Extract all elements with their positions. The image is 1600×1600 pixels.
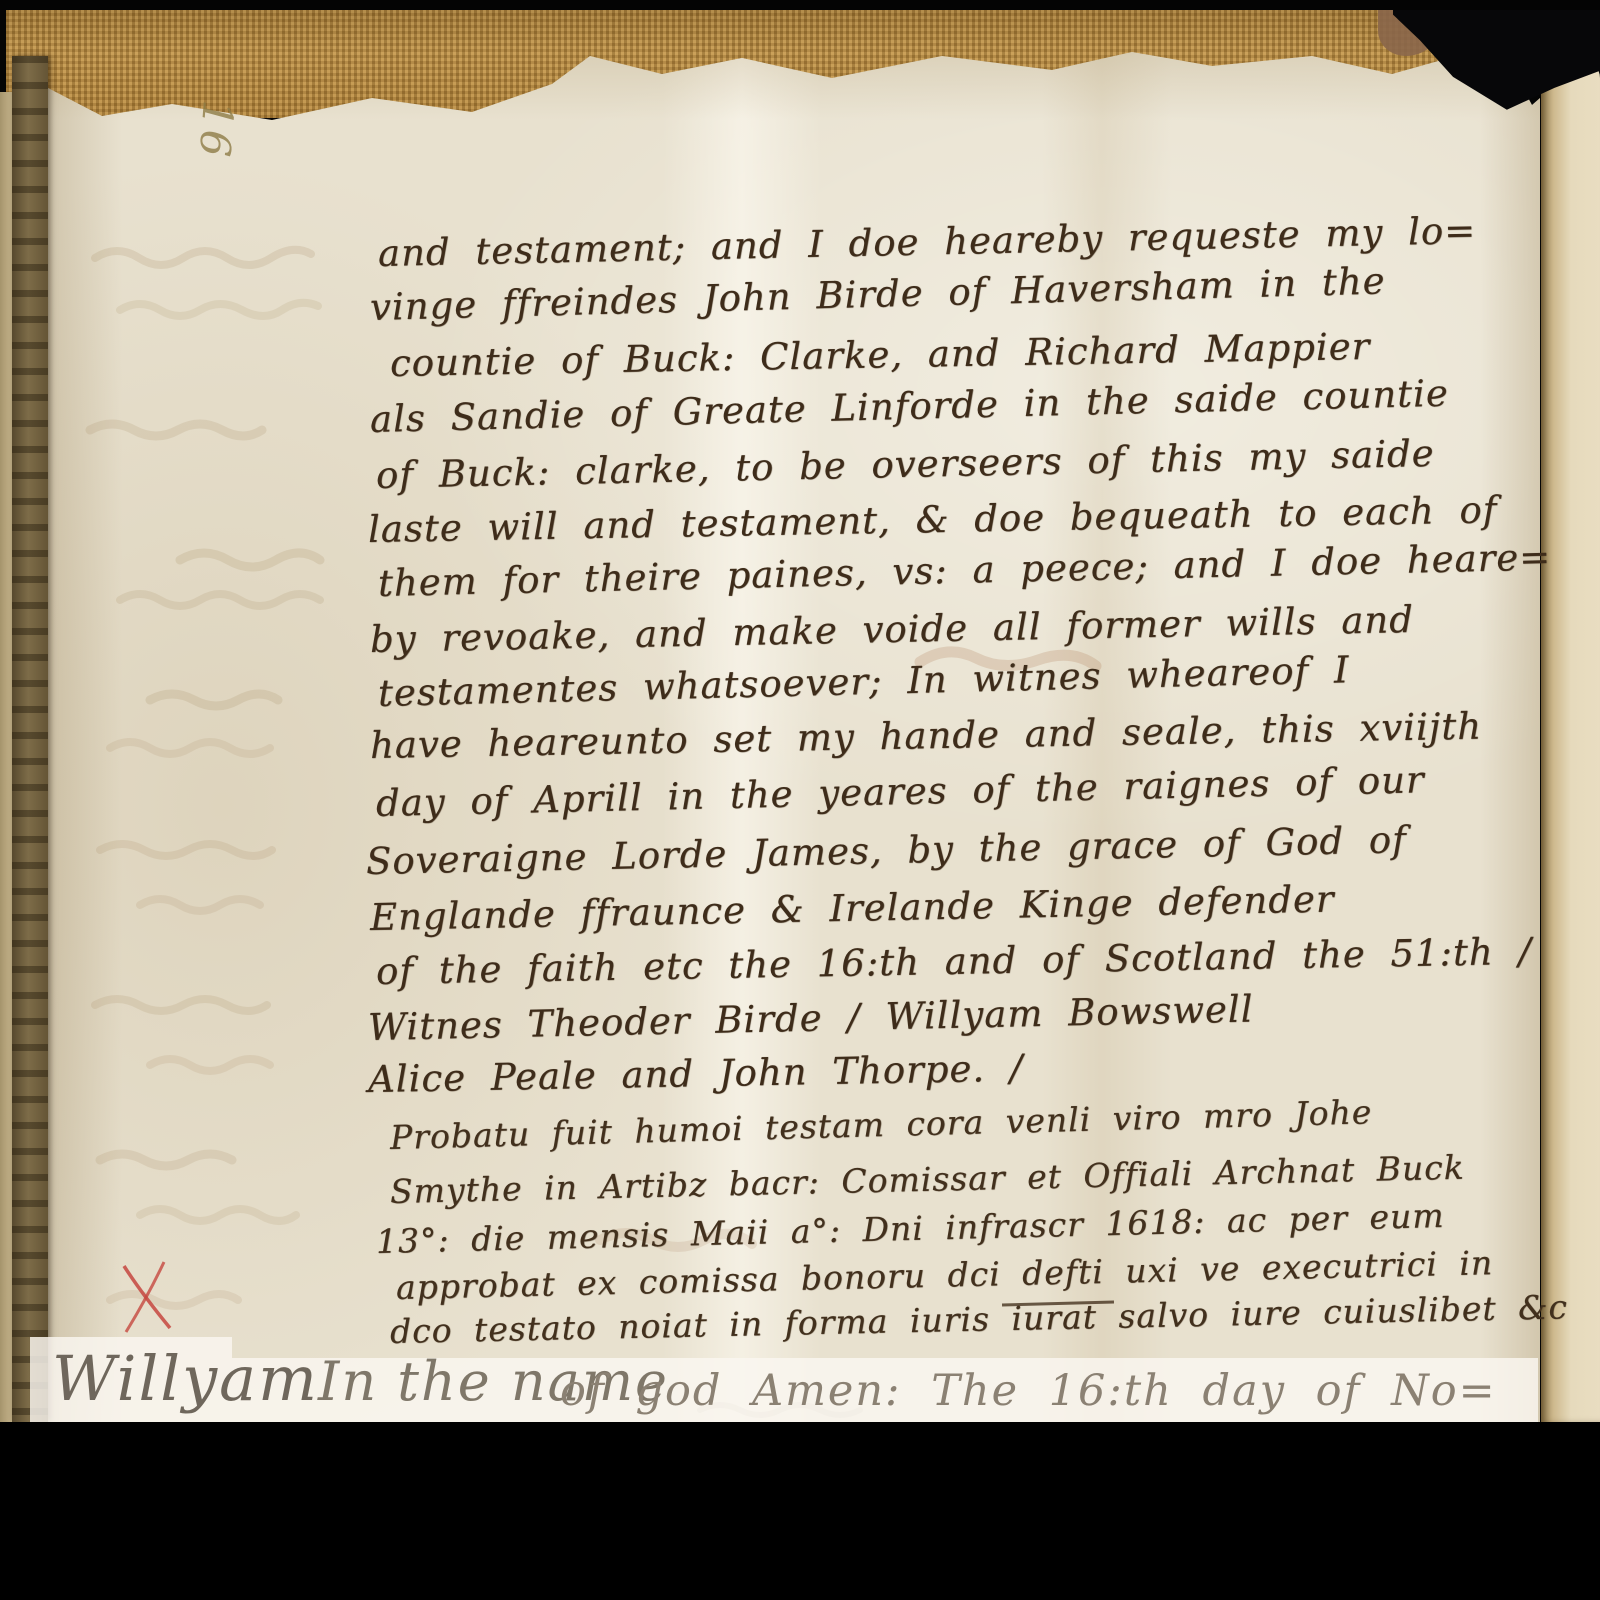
background-top (0, 0, 1600, 10)
red-x-mark (112, 1256, 186, 1340)
margin-testator-name: Willyam (52, 1342, 319, 1415)
background-bottom (0, 1422, 1600, 1600)
next-page-edge (1541, 60, 1600, 1422)
next-will-opening-text: of god Amen: The 16:th day of No= (560, 1366, 1497, 1416)
binding-spine (12, 56, 48, 1422)
folio-number: 16 (181, 98, 242, 182)
manuscript-photo: 16 and testament; and I doe heareby requ… (0, 0, 1600, 1600)
